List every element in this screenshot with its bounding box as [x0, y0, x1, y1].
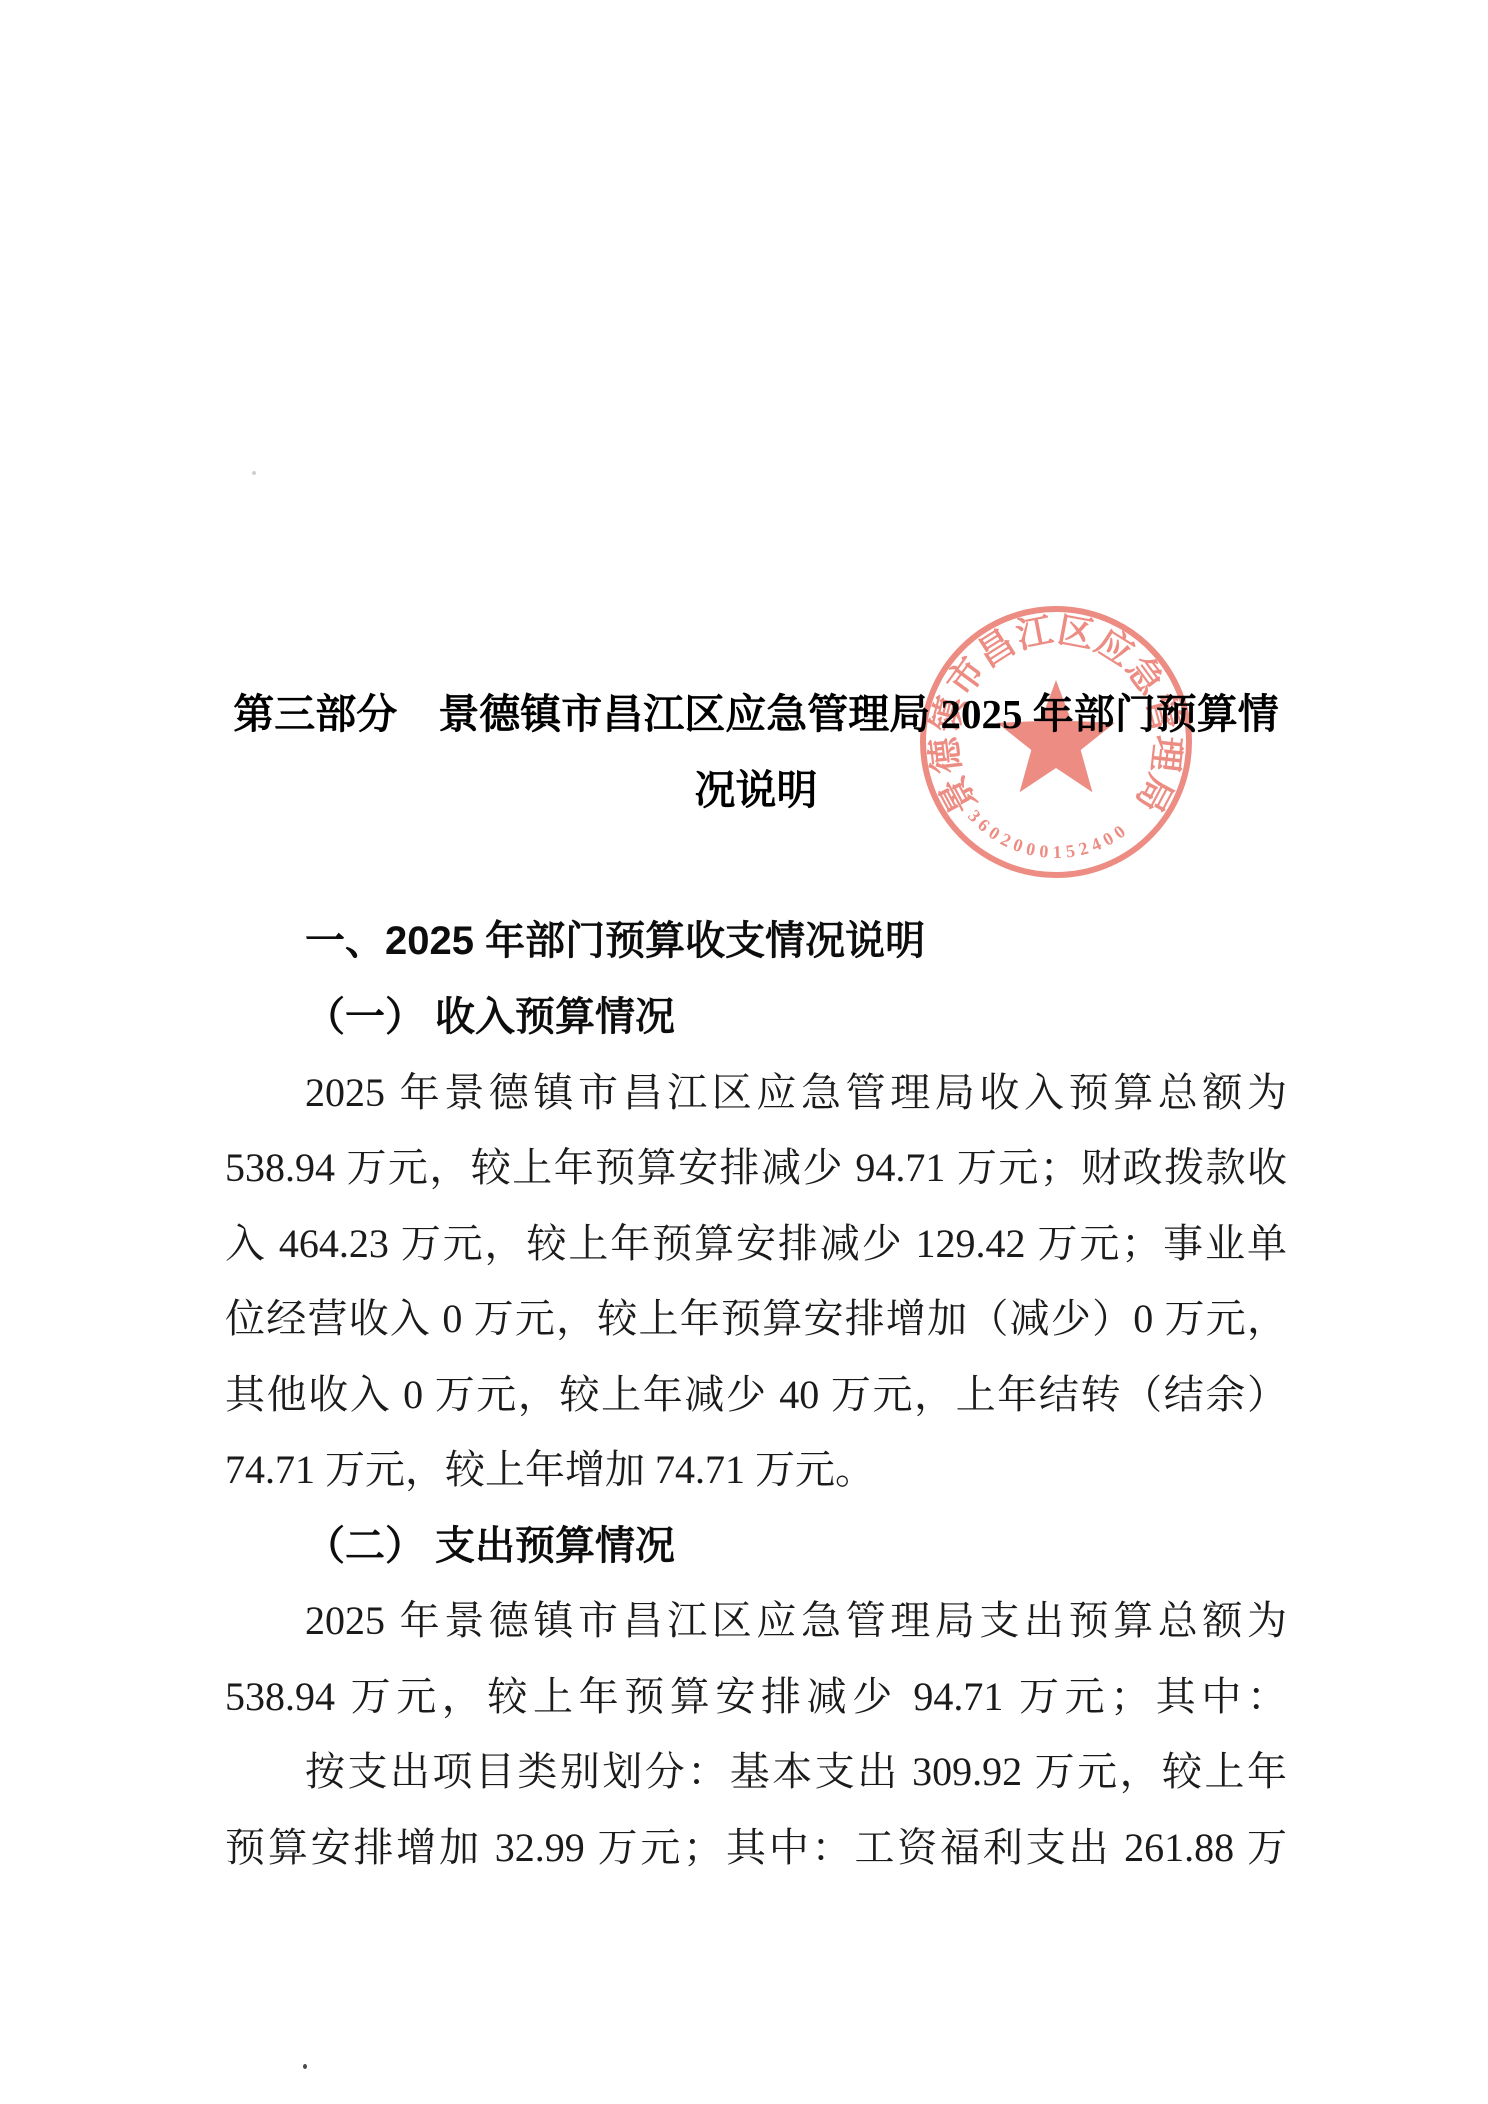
income-line-6: 74.71 万元，较上年增加 74.71 万元。	[225, 1432, 1287, 1508]
section-heading: 一、2025 年部门预算收支情况说明	[225, 904, 1287, 980]
title-line-2: 况说明	[225, 753, 1287, 829]
income-line-4: 位经营收入 0 万元，较上年预算安排增加（减少）0 万元，	[225, 1281, 1287, 1357]
expense-line-1: 2025 年景德镇市昌江区应急管理局支出预算总额为	[225, 1583, 1287, 1659]
income-line-3: 入 464.23 万元，较上年预算安排减少 129.42 万元；事业单	[225, 1206, 1287, 1282]
income-line-1: 2025 年景德镇市昌江区应急管理局收入预算总额为	[225, 1055, 1287, 1131]
document-page: 景德镇市昌江区应急管理局 3602000152400 第三部分 景德镇市昌江区应…	[0, 0, 1488, 2104]
expense-line-2: 538.94 万元，较上年预算安排减少 94.71 万元；其中：	[225, 1659, 1287, 1735]
income-line-5: 其他收入 0 万元，较上年减少 40 万元，上年结转（结余）	[225, 1357, 1287, 1433]
sub-heading-expense: （二） 支出预算情况	[225, 1508, 1287, 1584]
blank-line	[225, 828, 1287, 904]
income-line-2: 538.94 万元，较上年预算安排减少 94.71 万元；财政拨款收	[225, 1130, 1287, 1206]
expense-line-4: 预算安排增加 32.99 万元；其中：工资福利支出 261.88 万	[225, 1810, 1287, 1886]
sub-heading-income: （一） 收入预算情况	[225, 979, 1287, 1055]
expense-line-3: 按支出项目类别划分：基本支出 309.92 万元，较上年	[225, 1734, 1287, 1810]
text-column: 第三部分 景德镇市昌江区应急管理局 2025 年部门预算情 况说明 一、2025…	[225, 677, 1287, 1885]
scan-artifact-dot	[252, 471, 256, 475]
title-line-1: 第三部分 景德镇市昌江区应急管理局 2025 年部门预算情	[225, 677, 1287, 753]
scan-artifact-dot	[303, 2064, 307, 2069]
